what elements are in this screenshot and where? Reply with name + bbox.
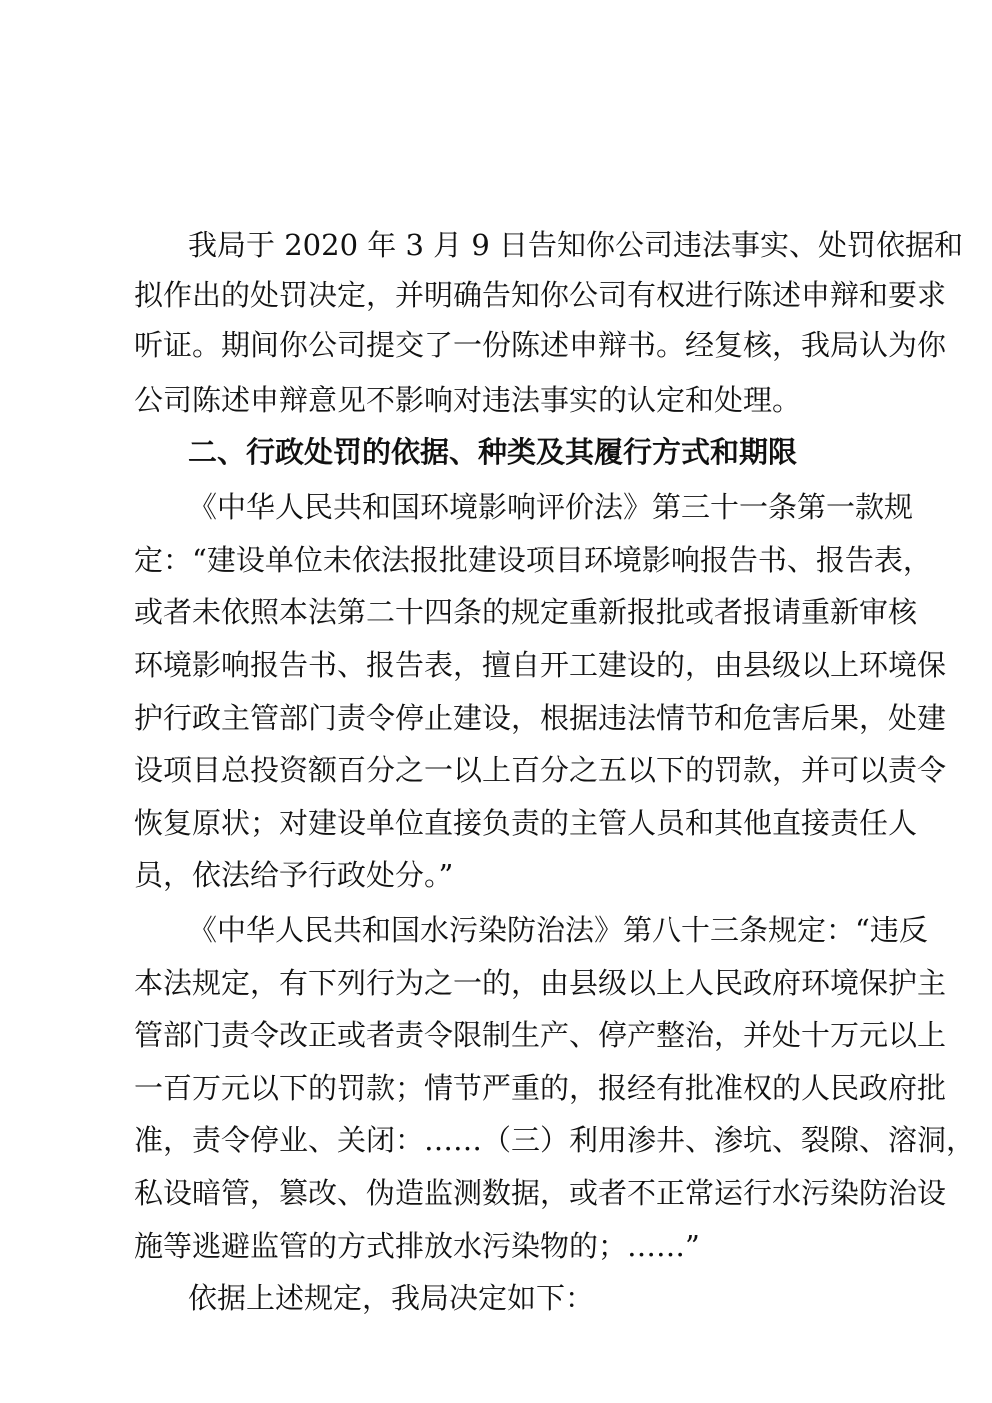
- section-heading: 二、行政处罚的依据、种类及其履行方式和期限: [188, 432, 870, 472]
- paragraph-2-line-8: 员，依法给予行政处分。”: [134, 855, 870, 895]
- paragraph-1-line-1: 我局于 2020 年 3 月 9 日告知你公司违法事实、处罚依据和: [188, 225, 870, 265]
- paragraph-1-line-2: 拟作出的处罚决定，并明确告知你公司有权进行陈述申辩和要求: [134, 275, 870, 315]
- paragraph-3-line-2: 本法规定，有下列行为之一的，由县级以上人民政府环境保护主: [134, 963, 870, 1003]
- paragraph-3-line-3: 管部门责令改正或者责令限制生产、停产整治，并处十万元以上: [134, 1015, 870, 1055]
- paragraph-2-line-5: 护行政主管部门责令停止建设，根据违法情节和危害后果，处建: [134, 698, 870, 738]
- paragraph-2-line-6: 设项目总投资额百分之一以上百分之五以下的罚款，并可以责令: [134, 750, 870, 790]
- paragraph-2-line-3: 或者未依照本法第二十四条的规定重新报批或者报请重新审核: [134, 592, 870, 632]
- paragraph-3-line-5: 准，责令停业、关闭：……（三）利用渗井、渗坑、裂隙、溶洞，: [134, 1120, 870, 1160]
- paragraph-1-line-3: 听证。期间你公司提交了一份陈述申辩书。经复核，我局认为你: [134, 325, 870, 365]
- paragraph-2-line-1: 《中华人民共和国环境影响评价法》第三十一条第一款规: [188, 487, 870, 527]
- paragraph-4-line-1: 依据上述规定，我局决定如下：: [188, 1278, 870, 1318]
- paragraph-3-line-1: 《中华人民共和国水污染防治法》第八十三条规定：“违反: [188, 910, 870, 950]
- paragraph-2-line-7: 恢复原状；对建设单位直接负责的主管人员和其他直接责任人: [134, 803, 870, 843]
- paragraph-3-line-6: 私设暗管，篡改、伪造监测数据，或者不正常运行水污染防治设: [134, 1173, 870, 1213]
- paragraph-2-line-2: 定：“建设单位未依法报批建设项目环境影响报告书、报告表，: [134, 540, 870, 580]
- paragraph-2-line-4: 环境影响报告书、报告表，擅自开工建设的，由县级以上环境保: [134, 645, 870, 685]
- paragraph-3-line-4: 一百万元以下的罚款；情节严重的，报经有批准权的人民政府批: [134, 1068, 870, 1108]
- paragraph-1-line-4: 公司陈述申辩意见不影响对违法事实的认定和处理。: [134, 380, 870, 420]
- paragraph-3-line-7: 施等逃避监管的方式排放水污染物的；……”: [134, 1226, 870, 1266]
- document-page: 我局于 2020 年 3 月 9 日告知你公司违法事实、处罚依据和 拟作出的处罚…: [0, 0, 992, 1403]
